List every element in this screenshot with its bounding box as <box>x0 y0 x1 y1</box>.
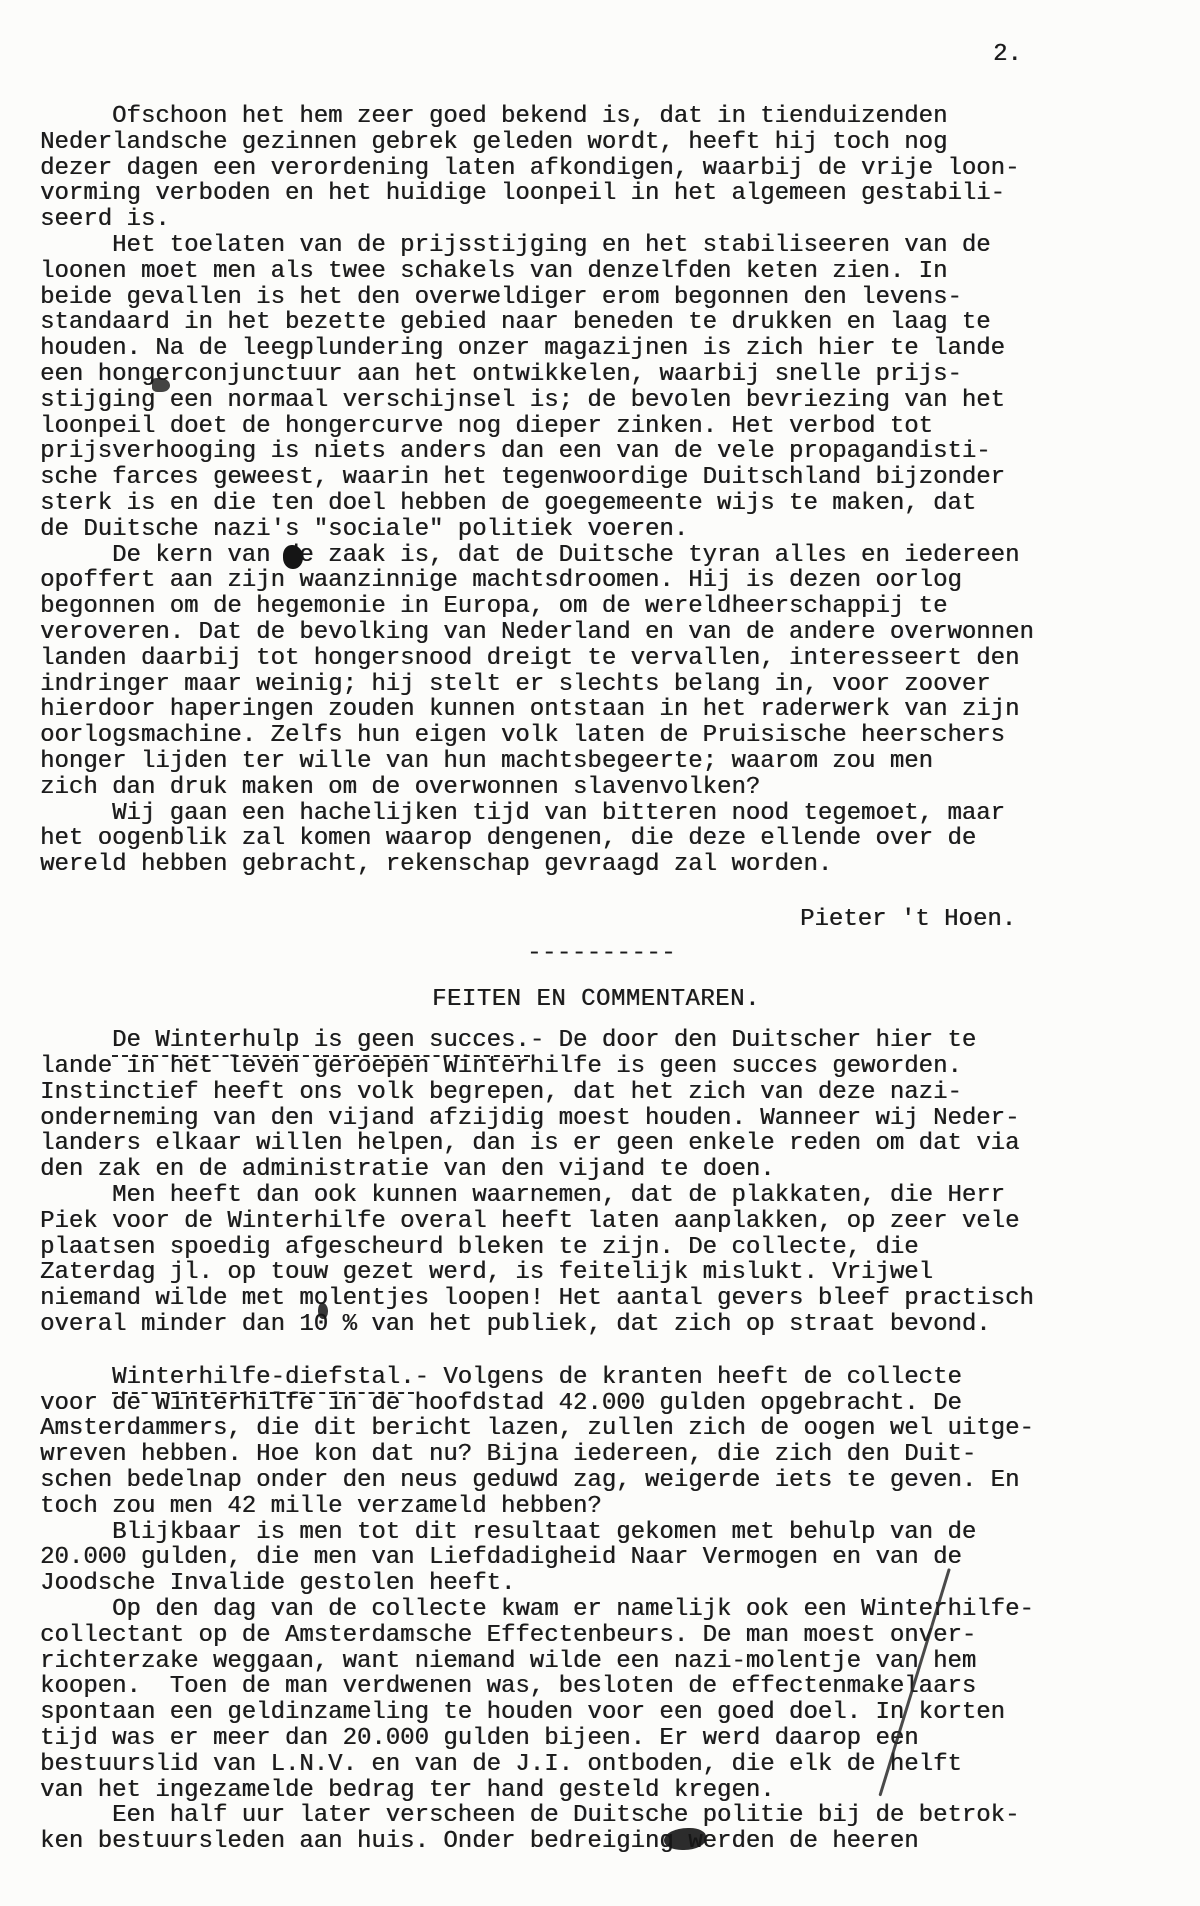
text-line: beide gevallen is het den overweldiger e… <box>40 285 1170 311</box>
text-line: spontaan een geldinzameling te houden vo… <box>40 1700 1170 1726</box>
page-number: 2. <box>993 42 1022 68</box>
text-line: Blijkbaar is men tot dit resultaat gekom… <box>40 1520 1170 1546</box>
text-line: Instinctief heeft ons volk begrepen, dat… <box>40 1080 1170 1106</box>
text-line: wreven hebben. Hoe kon dat nu? Bijna ied… <box>40 1442 1170 1468</box>
text-line: de Duitsche nazi's "sociale" politiek vo… <box>40 517 1170 543</box>
text-line: Wij gaan een hachelijken tijd van bitter… <box>40 801 1170 827</box>
text-line: sterk is en die ten doel hebben de goege… <box>40 491 1170 517</box>
text-line: niemand wilde met molentjes loopen! Het … <box>40 1286 1170 1312</box>
text-line: oorlogsmachine. Zelfs hun eigen volk lat… <box>40 723 1170 749</box>
text-line: plaatsen spoedig afgescheurd bleken te z… <box>40 1235 1170 1261</box>
text-line: indringer maar weinig; hij stelt er slec… <box>40 672 1170 698</box>
text-line: hierdoor haperingen zouden kunnen ontsta… <box>40 697 1170 723</box>
text-line: schen bedelnap onder den neus geduwd zag… <box>40 1468 1170 1494</box>
text-line: den zak en de administratie van den vija… <box>40 1157 1170 1183</box>
text-line: koopen. Toen de man verdwenen was, beslo… <box>40 1674 1170 1700</box>
ink-blot <box>283 545 303 569</box>
page-content: Ofschoon het hem zeer goed bekend is, da… <box>40 104 1170 1855</box>
news-item-diefstal: Winterhilfe-diefstal.- Volgens de krante… <box>40 1365 1170 1855</box>
section-heading: FEITEN EN COMMENTAREN. <box>40 987 1170 1013</box>
text-line: veroveren. Dat de bevolking van Nederlan… <box>40 620 1170 646</box>
author-signature: Pieter 't Hoen. <box>40 907 1170 933</box>
text-line: Nederlandsche gezinnen gebrek geleden wo… <box>40 130 1170 156</box>
text-line: stijging een normaal verschijnsel is; de… <box>40 388 1170 414</box>
text-line: Zaterdag jl. op touw gezet werd, is feit… <box>40 1260 1170 1286</box>
text-line: toch zou men 42 mille verzameld hebben? <box>40 1494 1170 1520</box>
text-line: sche farces geweest, waarin het tegenwoo… <box>40 465 1170 491</box>
text-line: Amsterdammers, die dit bericht lazen, zu… <box>40 1416 1170 1442</box>
text-line: Ofschoon het hem zeer goed bekend is, da… <box>40 104 1170 130</box>
text-line: houden. Na de leegplundering onzer magaz… <box>40 336 1170 362</box>
text-line: richterzake weggaan, want niemand wilde … <box>40 1649 1170 1675</box>
ink-blot <box>152 378 170 392</box>
text-line: landen daarbij tot hongersnood dreigt te… <box>40 646 1170 672</box>
text-line: prijsverhooging is niets anders dan een … <box>40 439 1170 465</box>
text-line: seerd is. <box>40 207 1170 233</box>
text-line: van het ingezamelde bedrag ter hand gest… <box>40 1778 1170 1804</box>
text-line: zich dan druk maken om de overwonnen sla… <box>40 775 1170 801</box>
text-line: wereld hebben gebracht, rekenschap gevra… <box>40 852 1170 878</box>
text-line: De kern van de zaak is, dat de Duitsche … <box>40 543 1170 569</box>
text-line: landers elkaar willen helpen, dan is er … <box>40 1131 1170 1157</box>
text-line: Een half uur later verscheen de Duitsche… <box>40 1803 1170 1829</box>
editorial-body: Ofschoon het hem zeer goed bekend is, da… <box>40 104 1170 878</box>
text-line: lande in het leven geroepen Winterhilfe … <box>40 1054 1170 1080</box>
title-indent <box>40 1027 112 1054</box>
news-item-winterhulp: De Winterhulp is geen succes.- De door d… <box>40 1028 1170 1338</box>
text-line: een hongerconjunctuur aan het ontwikkele… <box>40 362 1170 388</box>
text-line: Joodsche Invalide gestolen heeft. <box>40 1571 1170 1597</box>
item-body: lande in het leven geroepen Winterhilfe … <box>40 1054 1170 1338</box>
ink-blot <box>318 1303 328 1319</box>
text-line: Piek voor de Winterhilfe overal heeft la… <box>40 1209 1170 1235</box>
scanned-document-page: 2. Ofschoon het hem zeer goed bekend is,… <box>0 0 1200 1906</box>
text-line: tijd was er meer dan 20.000 gulden bijee… <box>40 1726 1170 1752</box>
text-line: overal minder dan 10 % van het publiek, … <box>40 1312 1170 1338</box>
item-title-rest: - Volgens de kranten heeft de collecte <box>414 1364 961 1391</box>
item-body: voor de Winterhilfe in de hoofdstad 42.0… <box>40 1391 1170 1855</box>
text-line: Het toelaten van de prijsstijging en het… <box>40 233 1170 259</box>
text-line: Op den dag van de collecte kwam er namel… <box>40 1597 1170 1623</box>
text-line: het oogenblik zal komen waarop dengenen,… <box>40 826 1170 852</box>
text-line: begonnen om de hegemonie in Europa, om d… <box>40 594 1170 620</box>
text-line: collectant op de Amsterdamsche Effectenb… <box>40 1623 1170 1649</box>
text-line: onderneming van den vijand afzijdig moes… <box>40 1106 1170 1132</box>
text-line: loonpeil doet de hongercurve nog dieper … <box>40 414 1170 440</box>
text-line: bestuurslid van L.N.V. en van de J.I. on… <box>40 1752 1170 1778</box>
title-indent <box>40 1364 112 1391</box>
text-line: dezer dagen een verordening laten afkond… <box>40 156 1170 182</box>
text-line: loonen moet men als twee schakels van de… <box>40 259 1170 285</box>
text-line: honger lijden ter wille van hun machtsbe… <box>40 749 1170 775</box>
text-line: ken bestuursleden aan huis. Onder bedrei… <box>40 1829 1170 1855</box>
text-line: voor de Winterhilfe in de hoofdstad 42.0… <box>40 1391 1170 1417</box>
text-line: standaard in het bezette gebied naar ben… <box>40 310 1170 336</box>
item-title-line: Winterhilfe-diefstal.- Volgens de krante… <box>40 1365 1170 1391</box>
item-title-line: De Winterhulp is geen succes.- De door d… <box>40 1028 1170 1054</box>
item-title-rest: - De door den Duitscher hier te <box>530 1027 976 1054</box>
text-line: vorming verboden en het huidige loonpeil… <box>40 181 1170 207</box>
text-line: 20.000 gulden, die men van Liefdadigheid… <box>40 1545 1170 1571</box>
text-line: opoffert aan zijn waanzinnige machtsdroo… <box>40 568 1170 594</box>
section-divider: ---------- <box>40 941 1170 967</box>
text-line: Men heeft dan ook kunnen waarnemen, dat … <box>40 1183 1170 1209</box>
